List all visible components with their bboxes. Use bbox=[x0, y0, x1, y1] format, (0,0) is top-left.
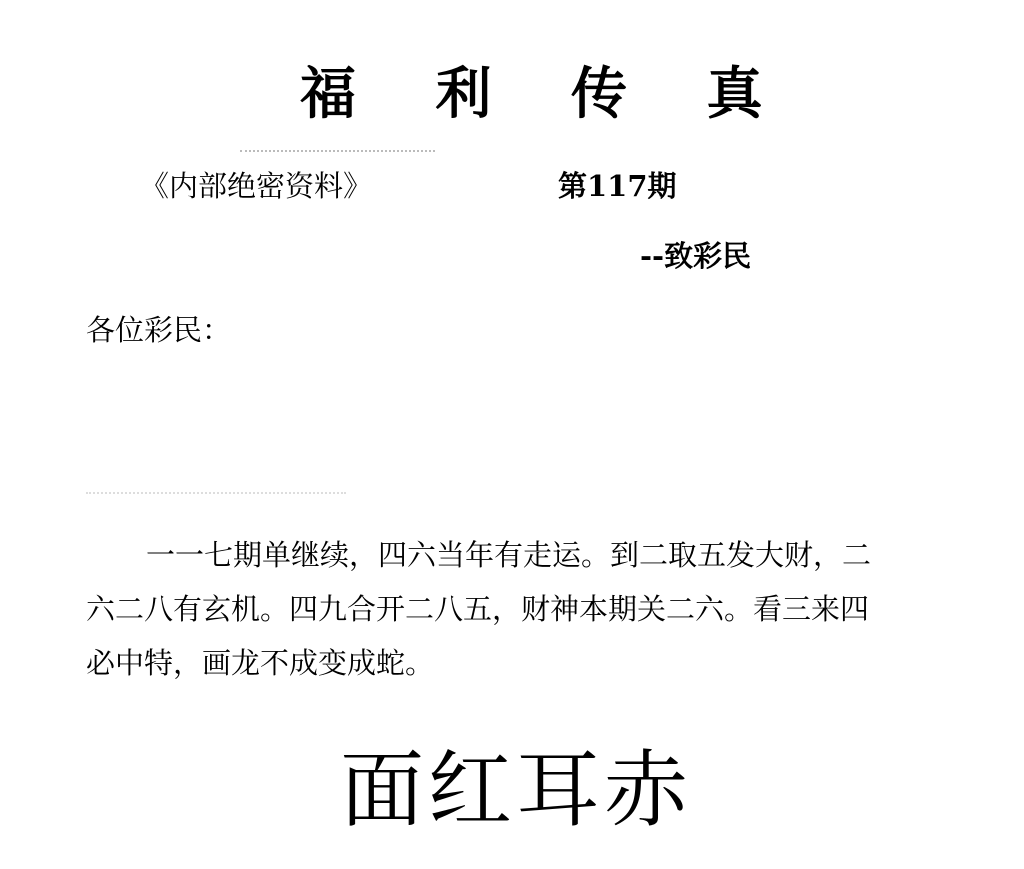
body-line: 必中特，画龙不成变成蛇。 bbox=[86, 636, 976, 690]
decorative-divider bbox=[240, 150, 435, 156]
body-line: 六二八有玄机。四九合开二八五，财神本期关二六。看三来四 bbox=[86, 582, 976, 636]
subtitle-confidential: 《内部绝密资料》 bbox=[140, 168, 372, 204]
addressee: --致彩民 bbox=[640, 238, 751, 274]
document-title: 福 利 传 真 bbox=[300, 60, 793, 130]
footer-phrase: 面红耳赤 bbox=[340, 740, 692, 840]
body-line: 一一七期单继续，四六当年有走运。到二取五发大财，二 bbox=[86, 528, 976, 582]
greeting: 各位彩民： bbox=[86, 312, 231, 348]
issue-number: 第117期 bbox=[558, 168, 677, 204]
decorative-divider-2 bbox=[86, 492, 346, 496]
body-text: 一一七期单继续，四六当年有走运。到二取五发大财，二 六二八有玄机。四九合开二八五… bbox=[86, 528, 976, 690]
